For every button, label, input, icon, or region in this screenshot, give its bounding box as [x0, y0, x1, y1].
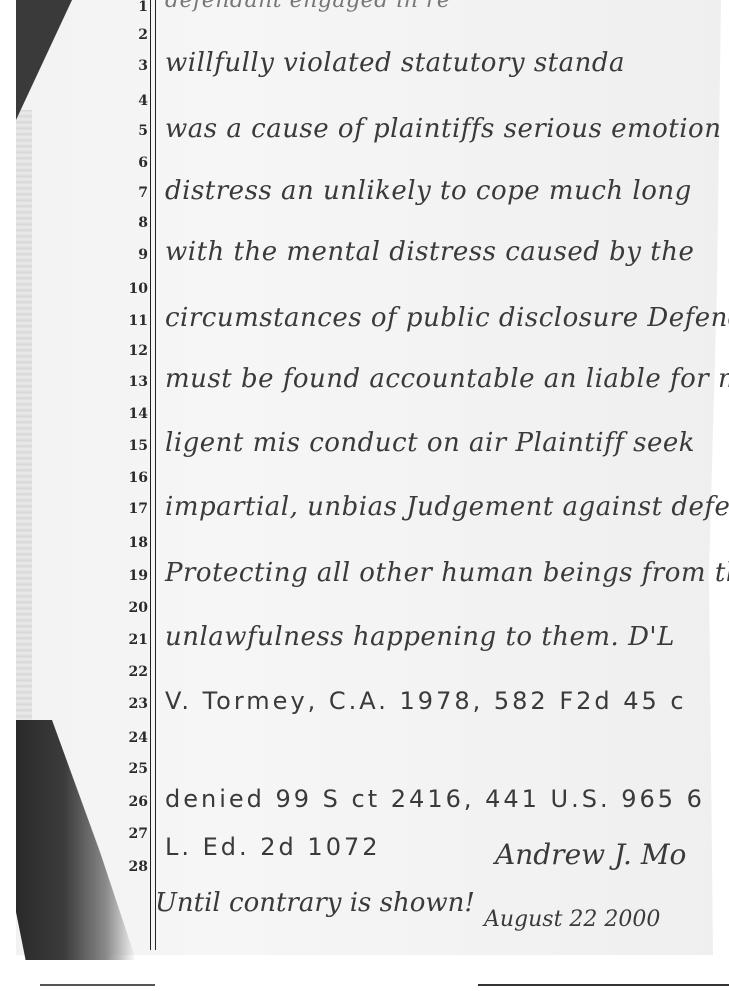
handwritten-line: willfully violated statutory standa — [165, 48, 625, 78]
line-number: 15 — [129, 439, 148, 453]
handwritten-line: denied 99 S ct 2416, 441 U.S. 965 6 — [165, 784, 705, 814]
line-number: 22 — [129, 665, 148, 679]
line-number: 27 — [129, 827, 148, 841]
line-number: 2 — [138, 28, 148, 42]
handwritten-line: unlawfulness happening to them. D'L — [165, 622, 675, 652]
line-number: 18 — [129, 536, 148, 550]
line-number: 6 — [138, 156, 148, 170]
line-number: 28 — [129, 860, 148, 874]
handwritten-line: ligent mis conduct on air Plaintiff seek — [165, 428, 695, 458]
closing-statement: Until contrary is shown! — [155, 888, 475, 918]
handwritten-line: V. Tormey, C.A. 1978, 582 F2d 45 c — [165, 686, 687, 716]
line-number: 12 — [129, 344, 148, 358]
line-number: 10 — [129, 282, 148, 296]
margin-rule-left — [150, 0, 151, 950]
line-number: 20 — [129, 601, 148, 615]
line-number: 8 — [138, 216, 148, 230]
footer-rule — [40, 984, 155, 986]
handwritten-line: Protecting all other human beings from t… — [165, 558, 729, 588]
line-number: 17 — [129, 502, 148, 516]
handwritten-line: defendant engaged in re — [165, 0, 450, 16]
handwritten-line: with the mental distress caused by the — [165, 237, 694, 267]
signature: Andrew J. Mo — [495, 838, 686, 871]
margin-rule-right — [155, 0, 156, 950]
line-number: 23 — [129, 697, 148, 711]
line-number: 21 — [129, 633, 148, 647]
line-number: 14 — [129, 407, 148, 421]
line-number: 25 — [129, 762, 148, 776]
line-number: 4 — [138, 94, 148, 108]
handwritten-line: circumstances of public disclosure Defen… — [165, 303, 729, 333]
line-number: 26 — [129, 795, 148, 809]
line-number: 19 — [129, 569, 148, 583]
scanner-edge-strip — [16, 110, 32, 730]
scan-margin — [0, 0, 16, 991]
line-number: 7 — [138, 186, 148, 200]
handwritten-line: was a cause of plaintiffs serious emotio… — [165, 114, 721, 144]
handwritten-line: impartial, unbias Judgement against defe… — [165, 492, 729, 522]
signature-date: August 22 2000 — [484, 907, 660, 932]
line-number: 5 — [138, 124, 148, 138]
handwritten-line: distress an unlikely to cope much long — [165, 176, 692, 206]
line-number: 24 — [129, 731, 148, 745]
footer-rule — [478, 984, 729, 986]
line-number: 16 — [129, 471, 148, 485]
line-number: 11 — [129, 314, 148, 328]
line-number: 3 — [138, 59, 148, 73]
scanned-page: 1 2 3 4 5 6 7 8 9 10 11 12 13 14 15 16 1… — [0, 0, 729, 991]
handwritten-line: L. Ed. 2d 1072 — [165, 832, 381, 862]
line-number: 1 — [138, 0, 148, 14]
line-number: 9 — [138, 248, 148, 262]
line-number: 13 — [129, 375, 148, 389]
handwritten-line: must be found accountable an liable for … — [165, 364, 729, 394]
